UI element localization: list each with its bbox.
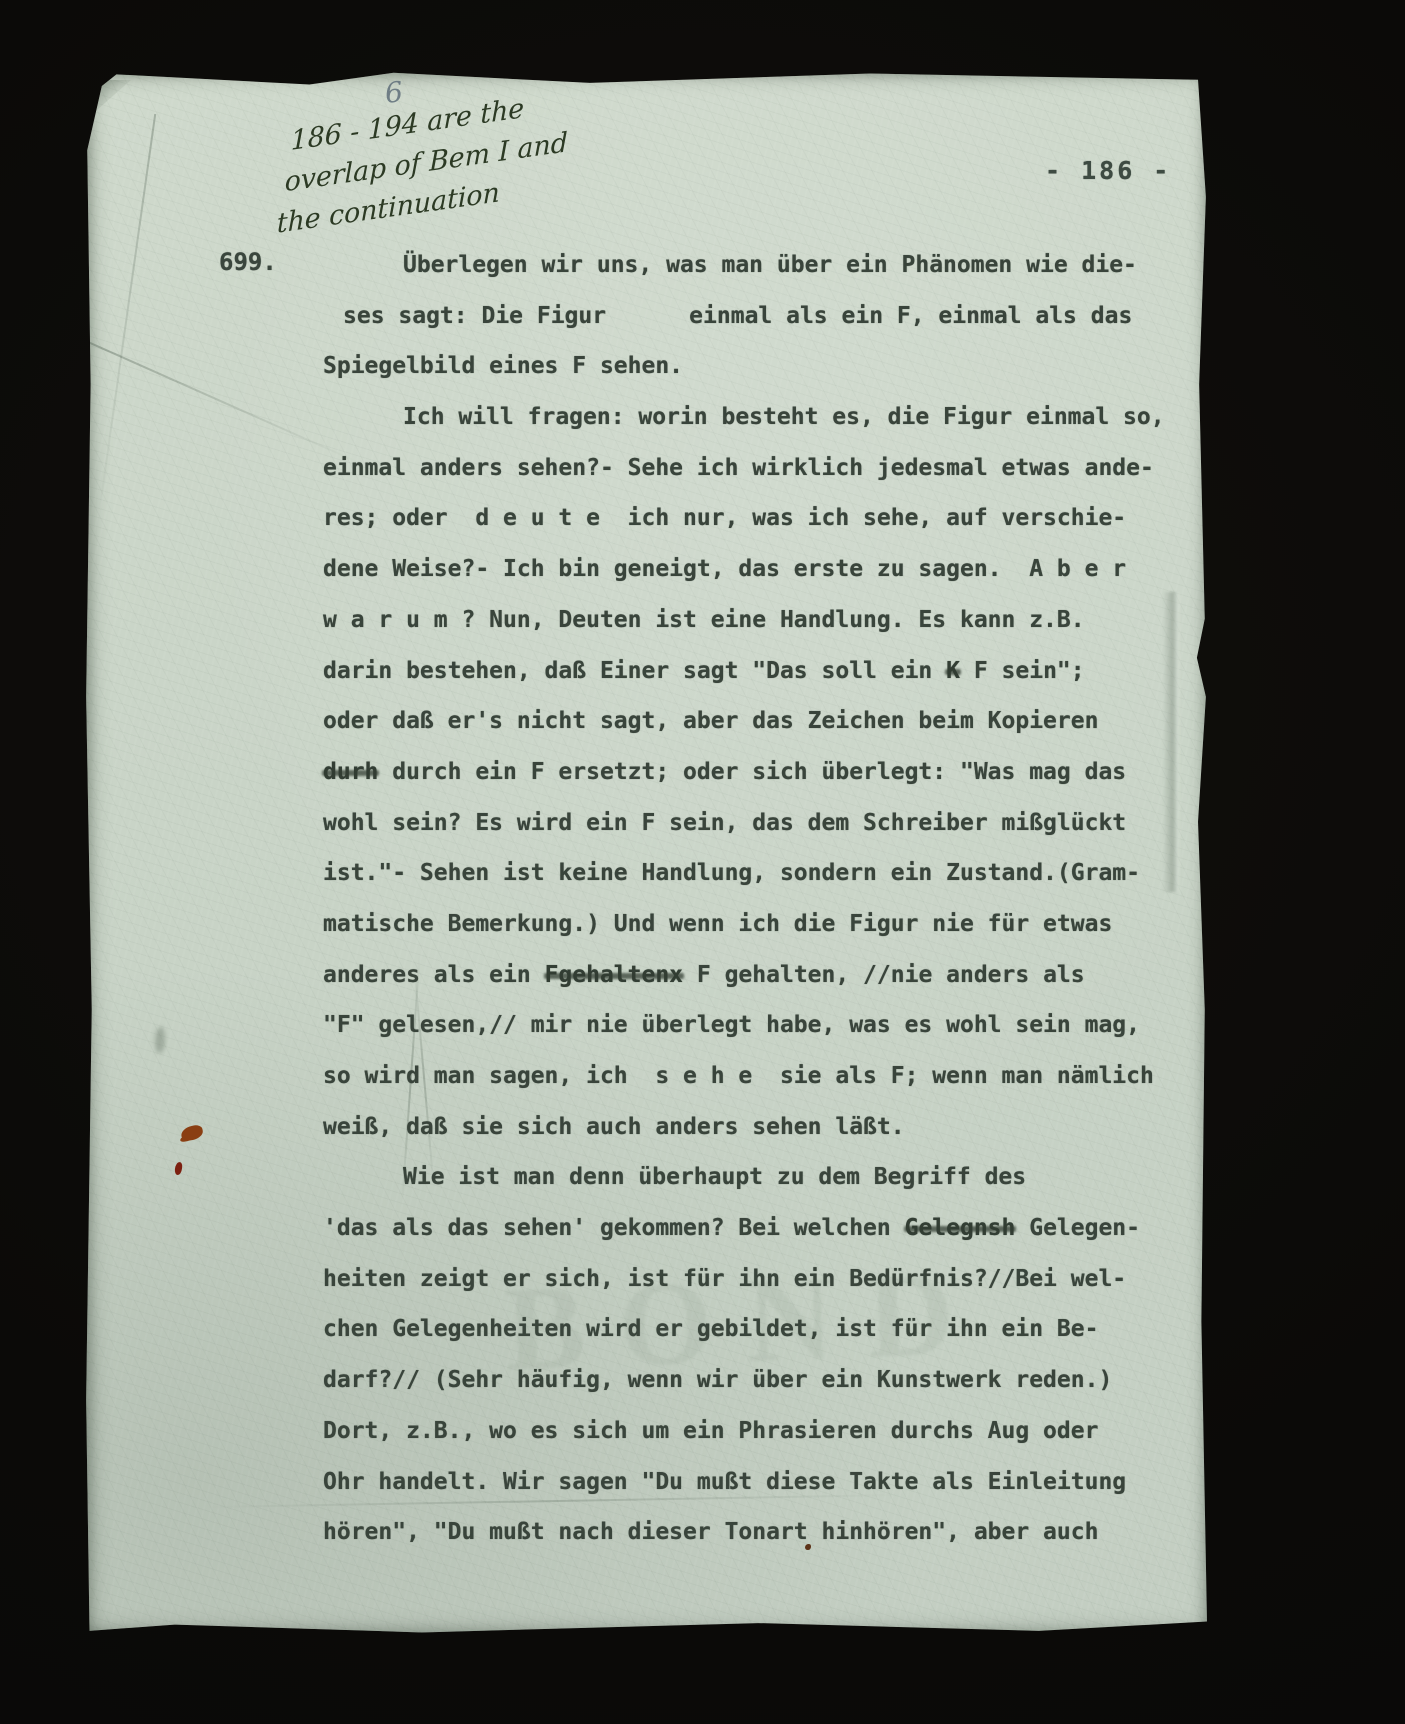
typed-text-segment: Spiegelbild eines F sehen. [323,353,683,379]
typed-line: "F" gelesen,// mir nie überlegt habe, wa… [323,1000,1183,1051]
typed-text-segment: Dort, z.B., wo es sich um ein Phrasieren… [323,1418,1098,1444]
scan-background: BOND 6 186 - 194 are the overlap of Bem … [0,0,1405,1724]
typed-line: Überlegen wir uns, was man über ein Phän… [323,240,1183,291]
typed-line: 'das als das sehen' gekommen? Bei welche… [323,1203,1183,1254]
struck-out-text: Gelegnsh [905,1203,1016,1254]
struck-out-text: Fgehaltenx [545,950,683,1001]
typed-text-segment: anderes als ein [323,962,545,988]
typed-line: dene Weise?- Ich bin geneigt, das erste … [323,544,1183,595]
typed-line: durh durch ein F ersetzt; oder sich über… [323,747,1183,798]
red-ink-speck [174,1162,182,1176]
remark-number: 699. [219,248,277,276]
typed-line: Spiegelbild eines F sehen. [323,341,1183,392]
typed-text-segment: so wird man sagen, ich s e h e sie als F… [323,1063,1154,1089]
typed-text-segment: darin bestehen, daß Einer sagt "Das soll… [323,658,946,684]
edge-smudge [155,1027,165,1053]
typed-line: Ich will fragen: worin besteht es, die F… [323,392,1183,443]
typed-line: res; oder d e u t e ich nur, was ich seh… [323,493,1183,544]
rust-stain [180,1124,204,1142]
typed-line: anderes als ein Fgehaltenx F gehalten, /… [323,950,1183,1001]
page-number: - 186 - [1045,156,1171,185]
typed-line: darf?// (Sehr häufig, wenn wir über ein … [323,1355,1183,1406]
typed-line: Wie ist man denn überhaupt zu dem Begrif… [323,1152,1183,1203]
typed-line: hören", "Du mußt nach dieser Tonart hinh… [323,1507,1183,1558]
typed-line: ist."- Sehen ist keine Handlung, sondern… [323,848,1183,899]
typed-text-segment: durch ein F ersetzt; oder sich überlegt:… [378,759,1126,785]
typed-text-segment: heiten zeigt er sich, ist für ihn ein Be… [323,1266,1126,1292]
pencil-annotation: 6 [383,75,404,110]
typed-text-segment: dene Weise?- Ich bin geneigt, das erste … [323,556,1126,582]
typed-text-segment: F sein"; [960,658,1085,684]
typed-text-segment: wohl sein? Es wird ein F sein, das dem S… [323,810,1126,836]
typed-text-segment: hören", "Du mußt nach dieser Tonart hinh… [323,1519,1098,1545]
typed-text-segment: Ohr handelt. Wir sagen "Du mußt diese Ta… [323,1469,1126,1495]
typed-text-segment: w a r u m ? Nun, Deuten ist eine Handlun… [323,607,1085,633]
typed-text-segment: "F" gelesen,// mir nie überlegt habe, wa… [323,1012,1140,1038]
typed-text-segment: 'das als das sehen' gekommen? Bei welche… [323,1215,905,1241]
typed-line: Ohr handelt. Wir sagen "Du mußt diese Ta… [323,1457,1183,1508]
struck-out-text: durh [323,747,378,798]
typed-text-segment: chen Gelegenheiten wird er gebildet, ist… [323,1316,1098,1342]
typed-line: w a r u m ? Nun, Deuten ist eine Handlun… [323,595,1183,646]
manuscript-page: BOND 6 186 - 194 are the overlap of Bem … [85,72,1207,1634]
typed-text-segment: darf?// (Sehr häufig, wenn wir über ein … [323,1367,1112,1393]
typed-line: wohl sein? Es wird ein F sein, das dem S… [323,798,1183,849]
typed-line: einmal anders sehen?- Sehe ich wirklich … [323,443,1183,494]
typed-line: ses sagt: Die Figur einmal als ein F, ei… [323,291,1183,342]
typed-text-segment: ist."- Sehen ist keine Handlung, sondern… [323,860,1140,886]
typed-text-segment: Ich will fragen: worin besteht es, die F… [403,404,1165,430]
typed-text-segment: weiß, daß sie sich auch anders sehen läß… [323,1114,905,1140]
typed-text-segment: oder daß er's nicht sagt, aber das Zeich… [323,708,1098,734]
typed-line: chen Gelegenheiten wird er gebildet, ist… [323,1304,1183,1355]
folded-corner [97,80,131,110]
typed-text-segment: matische Bemerkung.) Und wenn ich die Fi… [323,911,1112,937]
handwritten-ink-note: 186 - 194 are the overlap of Bem I and t… [285,72,641,243]
typed-text-segment: einmal anders sehen?- Sehe ich wirklich … [323,455,1154,481]
typed-line: oder daß er's nicht sagt, aber das Zeich… [323,696,1183,747]
struck-out-text: K [946,646,960,697]
typed-text-segment: F gehalten, //nie anders als [683,962,1085,988]
typed-text: Überlegen wir uns, was man über ein Phän… [323,240,1183,1558]
typed-text-segment: Überlegen wir uns, was man über ein Phän… [403,252,1137,278]
typed-line: heiten zeigt er sich, ist für ihn ein Be… [323,1254,1183,1305]
typed-line: Dort, z.B., wo es sich um ein Phrasieren… [323,1406,1183,1457]
typed-line: so wird man sagen, ich s e h e sie als F… [323,1051,1183,1102]
typed-text-segment: Wie ist man denn überhaupt zu dem Begrif… [403,1164,1026,1190]
paper-crease [96,114,156,530]
typed-text-segment: Gelegen- [1015,1215,1140,1241]
typed-line: weiß, daß sie sich auch anders sehen läß… [323,1102,1183,1153]
typed-line: darin bestehen, daß Einer sagt "Das soll… [323,646,1183,697]
typed-text-segment: ses sagt: Die Figur einmal als ein F, ei… [343,303,1132,329]
typed-line: matische Bemerkung.) Und wenn ich die Fi… [323,899,1183,950]
paper-crease [88,341,363,465]
typed-text-segment: res; oder d e u t e ich nur, was ich seh… [323,505,1126,531]
